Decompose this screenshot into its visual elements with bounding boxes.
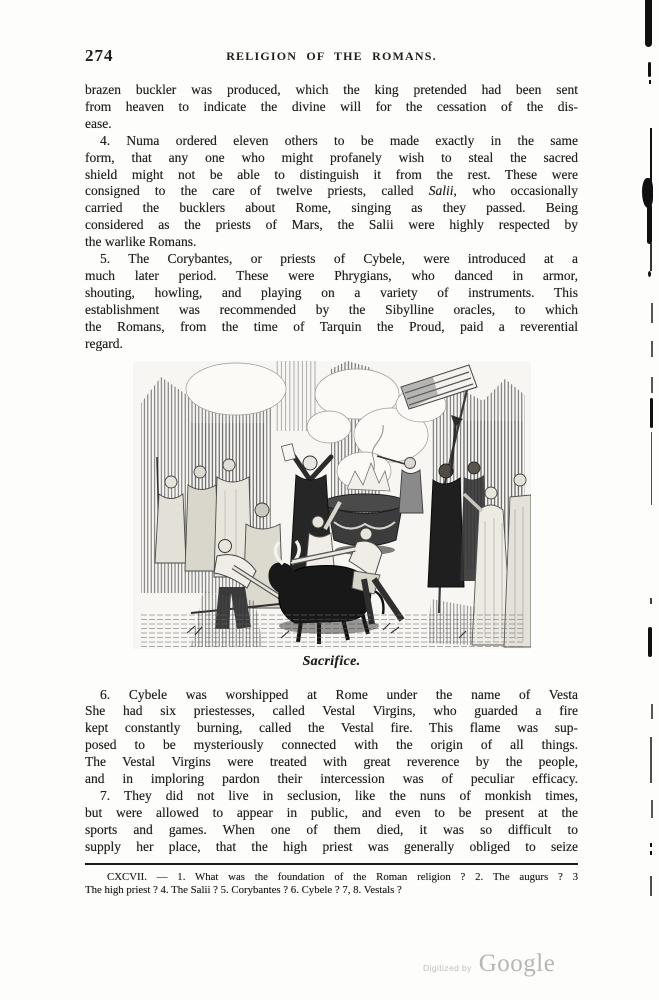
text-line: ease. <box>85 116 578 133</box>
text-line: posed to be mysteriously connected with … <box>85 737 578 754</box>
body-text-top: brazen buckler was produced, which the k… <box>85 82 578 353</box>
scan-artifact <box>650 851 652 855</box>
book-page: 274 RELIGION OF THE ROMANS. brazen buckl… <box>0 0 659 1000</box>
text-line: 5. The Corybantes, or priests of Cybele,… <box>85 251 578 268</box>
scan-artifact <box>648 271 651 277</box>
scan-artifact <box>650 243 652 271</box>
scan-artifact <box>650 598 652 604</box>
scan-artifact <box>645 0 652 47</box>
scan-artifact <box>650 876 652 896</box>
text-line: The Vestal Virgins were treated with gre… <box>85 754 578 771</box>
paragraph: CXCVII. — 1. What was the foundation of … <box>85 871 578 899</box>
text-column: 274 RELIGION OF THE ROMANS. brazen buckl… <box>85 46 578 898</box>
scan-artifact <box>650 843 652 847</box>
text-line: carried the bucklers about Rome, singing… <box>85 200 578 217</box>
text-line: regard. <box>85 336 578 353</box>
paragraph: 6. Cybele was worshipped at Rome under t… <box>85 687 578 788</box>
text-line: CXCVII. — 1. What was the foundation of … <box>85 871 578 885</box>
digitized-by-label: Digitized by <box>423 963 472 973</box>
scan-artifact <box>651 303 653 323</box>
body-text-bottom: 6. Cybele was worshipped at Rome under t… <box>85 687 578 856</box>
scan-artifact <box>650 398 653 428</box>
text-line: sports and games. When one of them died,… <box>85 822 578 839</box>
text-line: considered as the priests of Mars, the S… <box>85 217 578 234</box>
text-line: 4. Numa ordered eleven others to be made… <box>85 133 578 150</box>
digitization-watermark: Digitized by Google <box>423 950 555 978</box>
paragraph: 7. They did not live in seclusion, like … <box>85 788 578 856</box>
text-line: the Romans, from the time of Tarquin the… <box>85 319 578 336</box>
text-line: consigned to the care of twelve priests,… <box>85 183 578 200</box>
text-line: kept constantly burning, called the Vest… <box>85 720 578 737</box>
text-line: but were allowed to appear in public, an… <box>85 805 578 822</box>
figure-block: Sacrifice. <box>133 361 531 670</box>
text-line: supply her place, that the high priest w… <box>85 839 578 856</box>
text-line: She had six priestesses, called Vestal V… <box>85 703 578 720</box>
text-line: brazen buckler was produced, which the k… <box>85 82 578 99</box>
footnote-text: CXCVII. — 1. What was the foundation of … <box>85 871 578 899</box>
google-logo: Google <box>479 950 556 978</box>
footnote-rule <box>85 863 578 865</box>
paragraph: 4. Numa ordered eleven others to be made… <box>85 133 578 251</box>
scan-artifact <box>651 377 653 393</box>
text-line: shield might not be able to distinguish … <box>85 167 578 184</box>
scan-artifact <box>650 128 652 186</box>
text-line: the warlike Romans. <box>85 234 578 251</box>
text-line: and in imploring pardon their intercessi… <box>85 771 578 788</box>
running-title: RELIGION OF THE ROMANS. <box>226 49 437 64</box>
scan-artifact <box>649 80 651 84</box>
text-line: 6. Cybele was worshipped at Rome under t… <box>85 687 578 704</box>
paragraph: 5. The Corybantes, or priests of Cybele,… <box>85 251 578 352</box>
scan-artifact <box>648 62 651 77</box>
page-number: 274 <box>85 46 114 66</box>
text-line: much later period. These were Phrygians,… <box>85 268 578 285</box>
scan-artifact <box>651 432 652 505</box>
text-line: from heaven to indicate the divine will … <box>85 99 578 116</box>
scan-artifact <box>650 737 652 783</box>
text-line: shouting, howling, and playing on a vari… <box>85 285 578 302</box>
scan-artifact <box>651 800 653 818</box>
figure-caption: Sacrifice. <box>133 654 531 670</box>
sacrifice-illustration <box>133 361 531 649</box>
text-line: The high priest ? 4. The Salii ? 5. Cory… <box>85 884 578 898</box>
scan-artifact <box>651 704 653 719</box>
scan-artifact <box>651 341 653 357</box>
scan-artifact <box>648 627 652 657</box>
page-header: 274 RELIGION OF THE ROMANS. <box>85 46 578 68</box>
text-line: 7. They did not live in seclusion, like … <box>85 788 578 805</box>
scan-artifact <box>647 204 652 244</box>
paragraph: brazen buckler was produced, which the k… <box>85 82 578 133</box>
text-line: establishment was recommended by the Sib… <box>85 302 578 319</box>
footnote: CXCVII. — 1. What was the foundation of … <box>85 863 578 899</box>
text-line: form, that any one who might profanely w… <box>85 150 578 167</box>
